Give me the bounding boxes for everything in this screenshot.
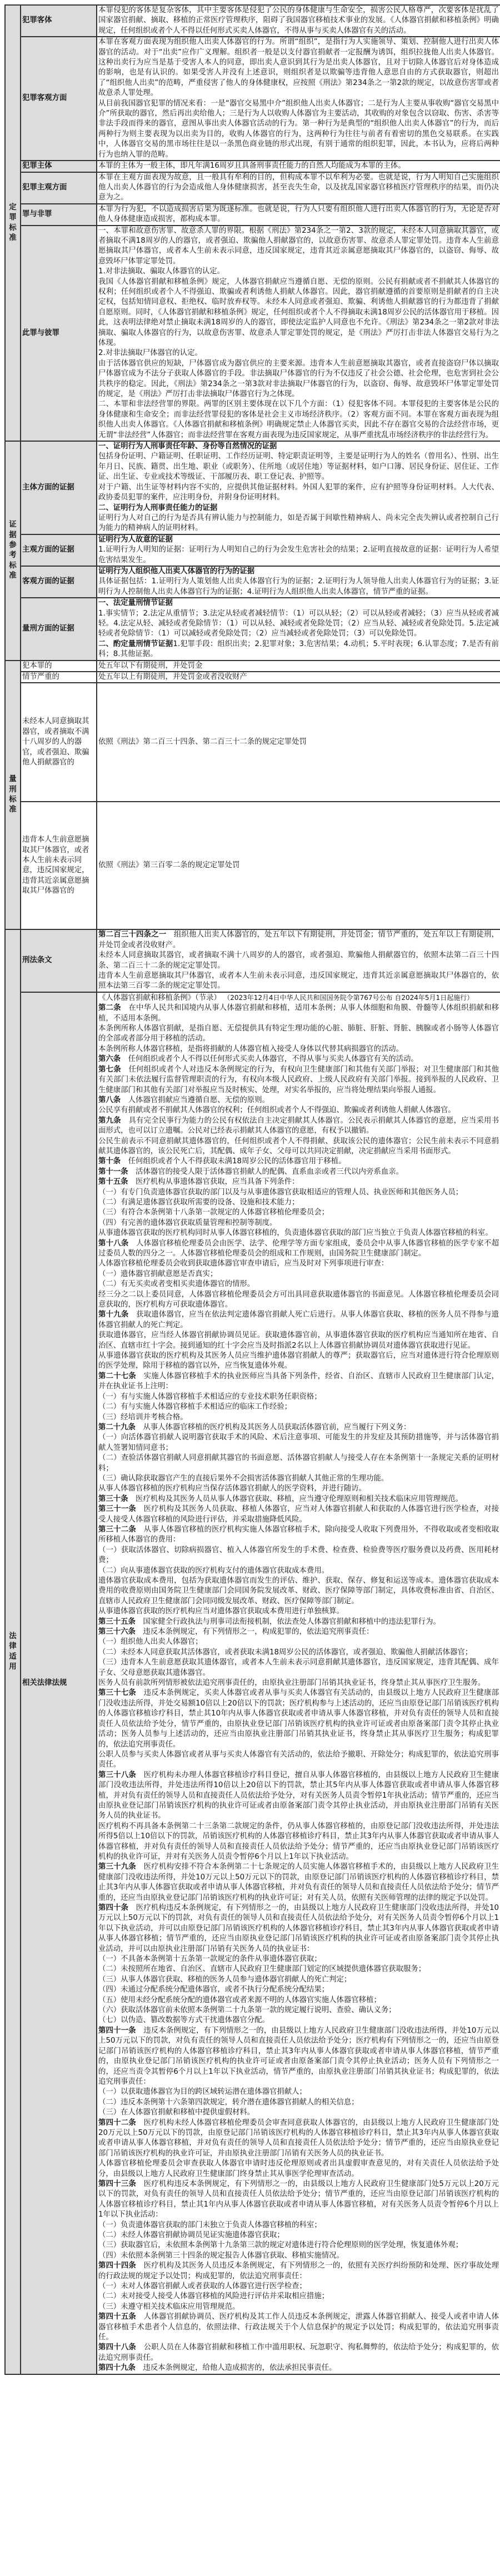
- regulation-item: 第十九条 获取遗体器官，应当在依法判定遗体器官捐献人死亡后进行。从事人体器官获取…: [98, 1310, 499, 1330]
- article-text: 医务人员有前款所列情形被依法追究刑事责任的，由原执业注册部门吊销其执业证书，终身…: [98, 1679, 485, 1687]
- article-number: 第四十九条: [98, 2364, 136, 2372]
- regulation-item: 第四十八条 公职人员在人体器官捐献和移植工作中滥用职权、玩忽职守、徇私舞弊的，依…: [98, 2343, 499, 2363]
- article-text: 从事遗体器官获取的医疗机构及其医务人员应当维护遗体器官捐献人的尊严；获取器官后，…: [98, 1352, 499, 1370]
- content-related-regulations: 《人体器官捐献和移植条例》（节录） （2023年12月4日中华人民共和国国务院令…: [97, 992, 500, 2374]
- article-number: 第七条: [98, 1066, 121, 1074]
- article-text: （一）组织他人出卖人体器官；: [98, 1638, 202, 1646]
- content-sentencing-corpse-organ: 依照《刑法》第三百零二条的规定定罪处罚: [97, 802, 500, 929]
- article-number: 第三十五条: [98, 1618, 136, 1626]
- label-subjective-aspect: 犯罪主观方面: [21, 172, 97, 204]
- article-text: 任何组织或者个人不得以任何形式买卖人体器官，不得从事与买卖人体器官有关的活动。: [128, 1055, 418, 1063]
- row-crime-or-not: 罪与非罪 本罪为行为犯，不以造成损害后果为既遂标准。也就是说，行为人只要有组织他…: [5, 204, 500, 226]
- regulation-item: 第三十九条 医疗机构安排不符合本条例第二十七条规定的人员实施人体器官移植手术的，…: [98, 1862, 499, 1903]
- row-crime-object: 定罪标准 犯罪客体 本罪侵犯的客体是复杂客体，其中主要客体是侵犯了公民的身体健康…: [5, 5, 500, 37]
- regulation-item: （二）违反本条例第十六条第四款规定，转介潜在遗体器官捐献人的相关信息；: [98, 2098, 499, 2108]
- paragraph: 对于户籍、出生证等材料内容不实的，应提供其他证据材料。外国人犯罪的案件，应有护照…: [98, 483, 499, 503]
- article-number: 第四十二条: [98, 2119, 136, 2127]
- article-number: 第九条: [98, 1117, 121, 1125]
- article-number: 第十五条: [98, 1178, 128, 1186]
- article-text: （三）未遵守相关技术临床应用管理规范。: [98, 2303, 239, 2311]
- article-text: （七）以伪造、篡改数据等方式干扰遗体器官分配。: [98, 2016, 269, 2024]
- article-text: （一）以获取遗体器官为目的跨区域转运潜在遗体器官捐献人；: [98, 2088, 307, 2096]
- article-number: 第四十一条: [98, 2027, 136, 2035]
- regulation-item: 从事遗体器官获取的医疗机构应当对遗体器官获取成本费用进行单独核算。: [98, 1607, 499, 1617]
- regulation-item: 第六条 任何组织或者个人不得以任何形式买卖人体器官，不得从事与买卖人体器官有关的…: [98, 1054, 499, 1064]
- paragraph: 由于活体器官供应的短缺，尸体器官成为器官供应的主要来源。违背本人生前意愿摘取其器…: [98, 359, 499, 400]
- row-sentencing-basic: 量刑标准 犯本罪的 处五年以下有期徒刑，并处罚金: [5, 661, 500, 672]
- regulation-item: （三）未遵守相关技术临床应用管理规范。: [98, 2302, 499, 2312]
- regulation-item: （一）未对人体器官捐献人或者获取的人体器官进行医学检查；: [98, 2282, 499, 2292]
- article-text: 从事遗体器官获取的医疗机构同时从事人体器官移植的，负责遗体器官获取的部门应当独立…: [98, 1229, 493, 1237]
- row-crime-subject: 犯罪主体 本罪的主体为一般主体，即凡年满16周岁且具备刑事责任能力的自然人均能成…: [5, 161, 500, 172]
- article-text: 实施人体器官移植手术的执业医师应当具备下列条件，经省、自治区、直辖市人民政府卫生…: [98, 1372, 499, 1390]
- article-text: （一）负责遗体器官获取的部门未独立于负责人体器官移植的科室；: [98, 2221, 322, 2229]
- regulation-item: （一）不具备本条例第十五条第一款规定的条件从事遗体器官获取；: [98, 1954, 499, 1964]
- article-text: （二）有无买卖或者变相买卖遗体器官的情形。: [98, 1280, 254, 1288]
- regulation-item: 第十条 任何组织或者个人不得获取未满18周岁公民的活体器官用于移植。: [98, 1157, 499, 1167]
- content-sentencing-basic: 处五年以下有期徒刑，并处罚金: [97, 661, 500, 672]
- article-text: （三）违背本人生前意愿获取其遗体器官，或者本人生前未表示同意捐献其遗体器官，违反…: [98, 1658, 499, 1677]
- row-sentencing-organ-removal: 未经本人同意摘取其器官，或者摘取不满十八周岁的人的器官，或者强迫、欺骗他人捐献器…: [5, 683, 500, 802]
- paragraph: 二、本罪和非法经营罪的界限。两罪的区别主要体现在以下几个方面：（1）侵犯客体不同…: [98, 399, 499, 441]
- subheading: 证明行为人组织他人出卖人体器官的行为的证据: [98, 567, 499, 577]
- article-text: 公民享有捐献或者不捐献其人体器官的权利；任何组织或者个人不得强迫、欺骗或者利诱他…: [98, 1106, 456, 1114]
- row-this-crime-vs-other: 此罪与彼罪 一、本罪和故意伤害罪、故意杀人罪的界限。根据《刑法》第234条之一第…: [5, 226, 500, 442]
- content-subjective-aspect: 本罪在主观方面表现为故意，且一般具有牟利的目的，但构成本罪不以牟利为必要。也就是…: [97, 172, 500, 204]
- article-text: （二）未对接受人接受人体器官移植的风险进行评估并采取相应措施；: [98, 2292, 329, 2300]
- regulation-item: 第三十五条 国家健全行政执法与刑事司法衔接机制，依法查处人体器官捐献和移植中的违…: [98, 1617, 499, 1627]
- regulation-item: （七）以伪造、篡改数据等方式干扰遗体器官分配。: [98, 2015, 499, 2025]
- article-text: （三）确认除获取器官产生的直接后果外不会损害活体器官捐献人其他正常的生理功能。: [98, 1474, 388, 1483]
- article-text: 医疗机构不再具备本条例第二十三条第二款规定的条件，仍从事人体器官移植的，由原登记…: [98, 1822, 499, 1861]
- article-text: 国家健全行政执法与刑事司法衔接机制，依法查处人体器官捐献和移植中的违法犯罪行为。: [143, 1618, 441, 1626]
- row-evidence-subjective: 主观方面的证据 证明行为人故意的证据 1.证明行为人明知的证据：证明行为人明知自…: [5, 534, 500, 566]
- paragraph: 1.证明行为人明知的证据：证明行为人明知自己的行为会发生危害社会的结果；2.证明…: [98, 545, 499, 566]
- regulation-item: （一）负责遗体器官获取的部门未独立于负责人体器官移植的科室；: [98, 2220, 499, 2230]
- article-text: （二）向从事遗体器官获取的医疗机构支付的遗体器官获取成本费用。: [98, 1567, 329, 1575]
- article-text: 医疗机构及其医务人员从事人体器官获取、移植，应当遵守伦理原则和相关技术临床应用管…: [136, 1495, 463, 1503]
- regulation-item: （三）违背本人生前意愿获取其遗体器官，或者本人生前未表示同意捐献其遗体器官，违反…: [98, 1658, 499, 1678]
- article-text: 人体器官捐献协调员、医疗机构及其工作人员违反本条例规定，泄露人体器官捐献人、接受…: [98, 2313, 499, 2342]
- paragraph: 2.对非法摘取尸体器官的认定。: [98, 348, 499, 358]
- row-evidence-sentencing: 量刑方面的证据 一、法定量刑情节证据 1.事实情节；2.法定从重情节；3.法定从…: [5, 598, 500, 660]
- article-text: 违反本条例规定，买卖人体器官或者从事与买卖人体器官有关活动的，由县级以上地方人民…: [98, 1689, 499, 1748]
- label-objective-aspect: 犯罪客观方面: [21, 37, 97, 161]
- label-evidence-objective: 客观方面的证据: [21, 566, 97, 598]
- regulation-item: （二）有满足遗体器官获取所需要的设备、设施和技术能力；: [98, 1198, 499, 1208]
- article-text: 本条例所称人体器官捐献，是指自愿、无偿提供具有特定生理功能的心脏、肺脏、肝脏、肾…: [98, 1024, 499, 1043]
- article-text: 医疗机构违反本条例规定，有下列情形之一的，由县级以上地方人民政府卫生健康部门处5…: [98, 2180, 499, 2219]
- article-text: 医疗机构安排不符合本条例第二十七条规定的人员实施人体器官移植手术的，由县级以上地…: [98, 1863, 499, 1902]
- article-number: 第三十条: [98, 1495, 128, 1503]
- article-number: 第四十五条: [98, 2313, 136, 2321]
- article-text: 人体器官移植伦理委员会收到获取遗体器官审查申请后，应当及时对下列事项进行审查：: [98, 1259, 388, 1268]
- regulation-item: 第四十四条 医疗机构及其医务人员违反本条例规定，有下列情形之一的，依照有关医疗纠…: [98, 2261, 499, 2282]
- article-text: 从事人体器官移植的医疗机构应当保存活体器官捐献人的医学资料，并进行随访。: [98, 1484, 366, 1493]
- article-text: 任何组织或者个人对违反本条例规定的行为，有权向卫生健康部门和其他有关部门举报；对…: [98, 1066, 499, 1094]
- article-text: 任何组织或者个人不得获取未满18周岁公民的活体器官用于移植。: [128, 1157, 346, 1166]
- regulation-item: （一）以获取遗体器官为目的跨区域转运潜在遗体器官捐献人；: [98, 2087, 499, 2097]
- article-text: （三）从事人体器官获取、移植的医务人员参与遗体器官捐献人的死亡判定；: [98, 1975, 351, 1984]
- article-text: （二）查验活体器官捐献人同意捐献其器官的书面意愿、活体器官捐献人与接受人存在本条…: [98, 1454, 499, 1472]
- article-text: （四）有完善的遗体器官获取质量管理和控制等制度。: [98, 1219, 277, 1227]
- regulation-item: 第四十条 医疗机构违反本条例规定，有下列情形之一的，由县级以上地方人民政府卫生健…: [98, 1903, 499, 1954]
- regulation-item: （二）有与实施人体器官移植手术相适应的临床工作经验；: [98, 1402, 499, 1412]
- regulation-item: （三）经培训并考核合格。: [98, 1413, 499, 1423]
- article-text: 从事遗体器官获取的医疗机构应当对遗体器官获取成本费用进行单独核算。: [98, 1607, 344, 1615]
- regulation-item: 第三十一条 医疗机构及其医务人员获取、移植人体器官，应当对人体器官捐献人和获取的…: [98, 1504, 499, 1525]
- regulation-item: 医疗机构不再具备本条例第二十三条第二款规定的条件，仍从事人体器官移植的，由原登记…: [98, 1822, 499, 1863]
- regulation-item: 公职人员参与买卖人体器官或者从事与买卖人体器官有关活动的，依法给予撤职、开除处分…: [98, 1750, 499, 1770]
- category-conviction-standard: 定罪标准: [5, 5, 21, 441]
- label-sentencing-serious: 情节严重的: [21, 672, 97, 683]
- category-sentencing-standard: 量刑标准: [5, 661, 21, 930]
- regulation-item: 获取遗体器官，应当经人体器官捐献协调员见证。获取遗体器官前，从事遗体器官获取的医…: [98, 1330, 499, 1351]
- article-text: 从事人体器官移植的医疗机构及其医务人员获取活体器官前，应当履行下列义务：: [143, 1423, 411, 1432]
- paragraph: 二、酌定量刑情节证据1.犯罪手段：组织出卖；2.犯罪对象；3.危害结果；4.动机…: [98, 639, 499, 660]
- regulation-item: （四）未依照本条例第三十四条的规定报告人体器官获取、移植实施情况。: [98, 2251, 499, 2261]
- label-sentencing-corpse-organ: 违背本人生前意愿摘取其尸体器官，或者本人生前未表示同意，违反国家规定，违背其近亲…: [21, 802, 97, 929]
- article-text: 获取遗体器官，应当在依法判定遗体器官捐献人死亡后进行。从事人体器官获取、移植的医…: [98, 1310, 499, 1329]
- label-crime-object: 犯罪客体: [21, 5, 97, 37]
- article-text: （一）有与实施人体器官移植手术相适应的专业技术职务任职资格；: [98, 1393, 322, 1401]
- article-number: 第六条: [98, 1055, 121, 1063]
- regulation-item: 从事遗体器官获取的医疗机构及其医务人员应当维护遗体器官捐献人的尊严；获取器官后，…: [98, 1351, 499, 1372]
- regulation-item: 第四十一条 违反本条例规定，有下列情形之一的，由县级以上地方人民政府卫生健康部门…: [98, 2026, 499, 2087]
- article-text: 违反本条例规定，给他人造成损害的，依法承担民事责任。: [143, 2364, 336, 2372]
- article-number: 第三十九条: [98, 1863, 136, 1871]
- regulation-item: （一）有专门负责遗体器官获取的部门以及与从事遗体器官获取相适应的管理人员、执业医…: [98, 1188, 499, 1198]
- article-number: 第十八条: [98, 1239, 128, 1248]
- regulation-item: （二）未经人体器官捐献协调员见证实施遗体器官获取；: [98, 2230, 499, 2240]
- content-crime-object: 本罪侵犯的客体是复杂客体，其中主要客体是侵犯了公民的身体健康与生命安全，损害公民…: [97, 5, 500, 37]
- content-sentencing-serious: 处五年以上有期徒刑，并处罚金或者没收财产: [97, 672, 500, 683]
- regulation-item: （一）获取活体器官、切除病损器官、植入人体器官所发生的手术费、检查费、检验费等医…: [98, 1545, 499, 1566]
- article-text: 活体器官的接受人限于活体器官捐献人的配偶、直系血亲或者三代以内旁系血亲。: [136, 1168, 403, 1176]
- article-text: （一）向活体器官捐献人说明器官获取手术的风险、术后注意事项、可能发生的并发症及其…: [98, 1433, 499, 1452]
- label-crime-subject: 犯罪主体: [21, 161, 97, 172]
- content-this-crime-vs-other: 一、本罪和故意伤害罪、故意杀人罪的界限。根据《刑法》第234条之一第2、3款的规…: [97, 226, 500, 442]
- article-number: 第十条: [98, 1157, 121, 1166]
- regulation-item: （二）向从事遗体器官获取的医疗机构支付的遗体器官获取成本费用。: [98, 1566, 499, 1576]
- article-text: （六）获取活体器官前未依照本条例第二十九条第一款的规定履行说明、查验、确认义务；: [98, 2006, 396, 2014]
- article-number: 第四十条: [98, 1904, 128, 1912]
- row-evidence-subject: 证据参考标准 主体方面的证据 一、证明行为人刑事责任年龄、身份等自然情况的证据 …: [5, 441, 500, 534]
- regulation-item: 从事遗体器官获取的医疗机构同时从事人体器官移植的，负责遗体器官获取的部门应当独立…: [98, 1228, 499, 1238]
- article-number: 第三十一条: [98, 1505, 136, 1513]
- row-objective-aspect: 犯罪客观方面 本罪在客观方面表现为组织他人出卖人体器官的行为。所谓“组织”，是指…: [5, 37, 500, 161]
- article-number: 第三十二条: [98, 1525, 136, 1534]
- article-number: 第三十七条: [98, 1689, 136, 1697]
- article-number: 第十九条: [98, 1310, 128, 1319]
- article-text: （四）未通过分配系统分配遗体器官，或者不执行分配系统分配结果；: [98, 1985, 329, 1994]
- article-text: 公职人员参与买卖人体器官或者从事与买卖人体器官有关活动的，依法给予撤职、开除处分…: [98, 1750, 499, 1769]
- regulation-item: 第二十七条 实施人体器官移植手术的执业医师应当具备下列条件，经省、自治区、直辖市…: [98, 1372, 499, 1392]
- regulation-item: 第四十二条 医疗机构未经人体器官移植伦理委员会审查同意获取人体器官的，由县级以上…: [98, 2118, 499, 2159]
- content-evidence-sentencing: 一、法定量刑情节证据 1.事实情节；2.法定从重情节；3.法定从轻或者减轻情节：…: [97, 598, 500, 660]
- article-number: 第三十六条: [98, 1628, 136, 1636]
- paragraph: 我国《人体器官捐献和移植条例》规定，人体器官捐献应当遵循自愿、无偿的原则。公民有…: [98, 277, 499, 349]
- regulation-item: 经三分之二以上委员同意，人体器官移植伦理委员会方可出具同意获取遗体器官的书面意见…: [98, 1290, 499, 1310]
- article-text: （一）未对人体器官捐献人或者获取的人体器官进行医学检查；: [98, 2282, 307, 2290]
- regulation-item: （三）确认除获取器官产生的直接后果外不会损害活体器官捐献人其他正常的生理功能。: [98, 1474, 499, 1484]
- label-sentencing-organ-removal: 未经本人同意摘取其器官，或者摘取不满十八周岁的人的器官，或者强迫、欺骗他人捐献器…: [21, 683, 97, 802]
- regulation-item: 第十八条 人体器官移植伦理委员会由医学、法学、伦理学等方面专家组成，委员会中从事…: [98, 1239, 499, 1259]
- regulation-item: （三）从事人体器官获取、移植的医务人员参与遗体器官捐献人的死亡判定；: [98, 1975, 499, 1985]
- regulation-item: （二）查验活体器官捐献人同意捐献其器官的书面意愿、活体器官捐献人与接受人存在本条…: [98, 1453, 499, 1474]
- article-text: （一）不具备本条例第十五条第一款规定的条件从事遗体器官获取；: [98, 1955, 322, 1963]
- regulation-title-text: 《人体器官捐献和移植条例》（节录）: [98, 994, 221, 1002]
- regulation-item: 公民生前表示不同意捐献其遗体器官的，任何组织或者个人不得捐献、获取该公民的遗体器…: [98, 1137, 499, 1157]
- article-text: 医疗机构从事遗体器官获取，应当具备下列条件：: [136, 1178, 299, 1186]
- article-number: 第二条: [98, 1004, 121, 1012]
- regulation-item: 第三十二条 从事人体器官移植的医疗机构实施人体器官移植手术，除向接受人收取下列费…: [98, 1525, 499, 1545]
- article-text: （二）违反本条例第十六条第四款规定，转介潜在遗体器官捐献人的相关信息；: [98, 2098, 359, 2107]
- crime-reference-table: 定罪标准 犯罪客体 本罪侵犯的客体是复杂客体，其中主要客体是侵犯了公民的身体健康…: [4, 4, 500, 2375]
- article-text: 医疗机构未办理人体器官移植诊疗科目登记，擅自从事人体器官移植的，由县级以上地方人…: [98, 1771, 499, 1820]
- regulation-item: （二）未经本人同意获取其活体器官，或者获取未满18周岁公民的活体器官，或者强迫、…: [98, 1648, 499, 1658]
- paragraph: 1.对非法摘取、骗取人体器官的认定。: [98, 267, 499, 277]
- article-number: 第三十八条: [98, 1771, 136, 1779]
- paragraph: 第二百三十四条之一 组织他人出卖人体器官的，处五年以下有期徒刑，并处罚金；情节严…: [98, 930, 499, 951]
- regulation-item: （三）有符合本条例第十八条第一款规定的人体器官移植伦理委员会；: [98, 1208, 499, 1218]
- article-text: （五）使用未经分配系统分配的遗体器官或者来源不明的人体器官实施人体器官移植；: [98, 1996, 381, 2004]
- label-criminal-law-article: 刑法条文: [21, 929, 97, 992]
- subheading: 二、酌定量刑情节证据: [98, 640, 173, 648]
- content-evidence-objective: 证明行为人组织他人出卖人体器官的行为的证据 具体证据包括：1.证明行为人策划他人…: [97, 566, 500, 598]
- regulation-item: （二）未对接受人接受人体器官移植的风险进行评估并采取相应措施；: [98, 2292, 499, 2302]
- label-evidence-subjective: 主观方面的证据: [21, 534, 97, 566]
- category-law-application: 法律适用: [5, 929, 21, 2374]
- row-subjective-aspect: 犯罪主观方面 本罪在主观方面表现为故意，且一般具有牟利的目的，但构成本罪不以牟利…: [5, 172, 500, 204]
- label-evidence-subject: 主体方面的证据: [21, 441, 97, 534]
- content-evidence-subjective: 证明行为人故意的证据 1.证明行为人明知的证据：证明行为人明知自己的行为会发生危…: [97, 534, 500, 566]
- article-text: 医疗机构及其医务人员违反本条例规定，有下列情形之一的，依照有关医疗纠纷预防和处理…: [98, 2262, 499, 2280]
- article-text: 公职人员在人体器官捐献和移植工作中滥用职权、玩忽职守、徇私舞弊的，依法给予处分；…: [98, 2343, 499, 2362]
- row-related-regulations: 相关法律法规 《人体器官捐献和移植条例》（节录） （2023年12月4日中华人民…: [5, 992, 500, 2374]
- regulation-item: （四）未通过分配系统分配遗体器官，或者不执行分配系统分配结果；: [98, 1985, 499, 1995]
- regulation-item: （二）有无买卖或者变相买卖遗体器官的情形。: [98, 1279, 499, 1289]
- paragraph: 包括身份证明、户籍证明、任职证明、工作经历证明、特定职责证明等，主要是证明行为人…: [98, 452, 499, 482]
- paragraph: 未经本人同意摘取其器官，或者摘取不满十八周岁的人的器官，或者强迫、欺骗他人捐献器…: [98, 951, 499, 971]
- article-text: （二）有满足遗体器官获取所需要的设备、设施和技术能力；: [98, 1198, 299, 1207]
- regulation-item: 第八条 人体器官捐献应当遵循自愿、无偿的原则。: [98, 1096, 499, 1106]
- regulation-item: 第四十五条 人体器官捐献协调员、医疗机构及其工作人员违反本条例规定，泄露人体器官…: [98, 2312, 499, 2343]
- label-evidence-sentencing: 量刑方面的证据: [21, 598, 97, 660]
- article-text: 从事人体器官移植的医疗机构实施人体器官移植手术，除向接受人收取下列费用外，不得收…: [98, 1525, 499, 1544]
- regulation-item: 从事人体器官移植的医疗机构应当保存活体器官捐献人的医学资料，并进行随访。: [98, 1484, 499, 1494]
- article-number: 第二百三十四条之一: [98, 931, 167, 939]
- regulation-item: 第十一条 活体器官的接受人限于活体器官捐献人的配偶、直系血亲或者三代以内旁系血亲…: [98, 1167, 499, 1177]
- article-text: （三）在人体器官捐献和移植中提供虚假材料。: [98, 2108, 254, 2117]
- article-number: 第二十七条: [98, 1372, 136, 1380]
- content-sentencing-organ-removal: 依照《刑法》第二百三十四条、第二百三十二条的规定定罪处罚: [97, 683, 500, 802]
- regulation-item: 人体器官移植伦理委员会审查获取人体器官申请时违反伦理原则或者出具虚假审查意见的，…: [98, 2159, 499, 2179]
- article-text: 医疗机构违反本条例规定，有下列情形之一的，由县级以上地方人民政府卫生健康部门没收…: [98, 1904, 499, 1953]
- regulation-item: （一）遗体器官捐献意愿是否真实；: [98, 1269, 499, 1279]
- label-sentencing-basic: 犯本罪的: [21, 661, 97, 672]
- article-text: 本条例所称人体器官移植，是指将捐献的人体器官植入接受人身体以代替其病损器官的活动…: [98, 1045, 403, 1053]
- article-text: （二）未按照所在地省、自治区、直辖市人民政府卫生健康部门划定的区域提供遗体器官获…: [98, 1965, 426, 1973]
- label-related-regulations: 相关法律法规: [21, 992, 97, 2374]
- article-text: （二）未经人体器官捐献协调员见证实施遗体器官获取；: [98, 2231, 284, 2239]
- article-text: （三）获取器官后，未依照本条例第十九条第三款的规定对遗体进行符合伦理原则的医学处…: [98, 2241, 463, 2249]
- regulation-item: 医务人员有前款所列情形被依法追究刑事责任的，由原执业注册部门吊销其执业证书，终身…: [98, 1678, 499, 1688]
- article-text: 具有完全民事行为能力的公民有权依法自主决定捐献其人体器官。公民表示捐献其人体器官…: [98, 1117, 499, 1135]
- row-evidence-objective: 客观方面的证据 证明行为人组织他人出卖人体器官的行为的证据 具体证据包括：1.证…: [5, 566, 500, 598]
- regulation-item: （一）有与实施人体器官移植手术相适应的专业技术职务任职资格；: [98, 1392, 499, 1402]
- regulation-item: 遗体器官获取成本费用，包括为获取遗体器官而发生的评估、维护、获取、保存、修复和运…: [98, 1576, 499, 1607]
- category-evidence-standard: 证据参考标准: [5, 441, 21, 661]
- article-text: 违反本条例规定，有下列情形之一的，由县级以上地方人民政府卫生健康部门没收违法所得…: [98, 2027, 499, 2086]
- content-crime-or-not: 本罪为行为犯，不以造成损害后果为既遂标准。也就是说，行为人只要有组织他人进行出卖…: [97, 204, 500, 226]
- regulation-title: 《人体器官捐献和移植条例》（节录） （2023年12月4日中华人民共和国国务院令…: [98, 993, 499, 1003]
- regulation-item: 第三十条 医疗机构及其医务人员从事人体器官获取、移植，应当遵守伦理原则和相关技术…: [98, 1494, 499, 1504]
- regulation-item: 第二十九条 从事人体器官移植的医疗机构及其医务人员获取活体器官前，应当履行下列义…: [98, 1423, 499, 1433]
- article-number: 第二十九条: [98, 1423, 136, 1432]
- label-crime-or-not: 罪与非罪: [21, 204, 97, 226]
- article-number: 第八条: [98, 1096, 121, 1104]
- paragraph: 一、本罪和故意伤害罪、故意杀人罪的界限。根据《刑法》第234条之一第2、3款的规…: [98, 226, 499, 267]
- regulation-item: 本条例所称人体器官移植，是指将捐献的人体器官植入接受人身体以代替其病损器官的活动…: [98, 1044, 499, 1054]
- paragraph: 从目前我国器官犯罪的情况来看：一是“器官交易黑中介”组织他人出卖人体器官；二是行…: [98, 99, 499, 160]
- article-text: （一）遗体器官捐献意愿是否真实；: [98, 1270, 217, 1278]
- article-text: 医疗机构及其医务人员获取、移植人体器官，应当对人体器官捐献人和获取的人体器官进行…: [98, 1505, 499, 1523]
- subheading: 一、法定量刑情节证据: [98, 598, 499, 608]
- regulation-item: （一）组织他人出卖人体器官；: [98, 1637, 499, 1647]
- paragraph: 证明行为人对自己的行为是否具有辨认能力与控制能力，如是否属于间歇性精神病人、尚未…: [98, 513, 499, 534]
- regulation-item: 第三十八条 医疗机构未办理人体器官移植诊疗科目登记，擅自从事人体器官移植的，由县…: [98, 1770, 499, 1822]
- paragraph: 本罪在客观方面表现为组织他人出卖人体器官的行为。所谓“组织”，是指行为人实施领导…: [98, 37, 499, 98]
- article-text: 违反本条例规定，有下列情形之一，构成犯罪的，依法追究刑事责任：: [143, 1628, 373, 1636]
- regulation-item: （三）在人体器官捐献和移植中提供虚假材料。: [98, 2108, 499, 2118]
- content-objective-aspect: 本罪在客观方面表现为组织他人出卖人体器官的行为。所谓“组织”，是指行为人实施领导…: [97, 37, 500, 161]
- regulation-item: 人体器官移植伦理委员会收到获取遗体器官审查申请后，应当及时对下列事项进行审查：: [98, 1259, 499, 1269]
- article-text: （二）有与实施人体器官移植手术相适应的临床工作经验；: [98, 1403, 292, 1411]
- regulation-item: 本条例所称人体器官捐献，是指自愿、无偿提供具有特定生理功能的心脏、肺脏、肝脏、肾…: [98, 1024, 499, 1044]
- content-crime-subject: 本罪的主体为一般主体，即凡年满16周岁且具备刑事责任能力的自然人均能成为本罪的主…: [97, 161, 500, 172]
- row-sentencing-serious: 情节严重的 处五年以上有期徒刑，并处罚金或者没收财产: [5, 672, 500, 683]
- subheading: 一、证明行为人刑事责任年龄、身份等自然情况的证据: [98, 442, 499, 452]
- article-text: （三）经培训并考核合格。: [98, 1413, 188, 1422]
- article-text: 人体器官移植伦理委员会由医学、法学、伦理学等方面专家组成，委员会中从事人体器官移…: [98, 1239, 499, 1258]
- row-sentencing-corpse-organ: 违背本人生前意愿摘取其尸体器官，或者本人生前未表示同意，违反国家规定，违背其近亲…: [5, 802, 500, 929]
- article-text: （四）未依照本条例第三十四条的规定报告人体器官获取、移植实施情况。: [98, 2252, 344, 2260]
- article-text: （三）有符合本条例第十八条第一款规定的人体器官移植伦理委员会；: [98, 1208, 329, 1217]
- article-text: 在中华人民共和国境内从事人体器官捐献和移植，适用本条例；从事人体细胞和角膜、骨髓…: [98, 1004, 499, 1022]
- regulation-item: 第十五条 医疗机构从事遗体器官获取，应当具备下列条件：: [98, 1177, 499, 1187]
- regulation-item: 第三十七条 违反本条例规定，买卖人体器官或者从事与买卖人体器官有关活动的，由县级…: [98, 1688, 499, 1749]
- regulation-item: （四）有完善的遗体器官获取质量管理和控制等制度。: [98, 1218, 499, 1228]
- row-criminal-law-article: 法律适用 刑法条文 第二百三十四条之一 组织他人出卖人体器官的，处五年以下有期徒…: [5, 929, 500, 992]
- regulation-item: 第九条 具有完全民事行为能力的公民有权依法自主决定捐献其人体器官。公民表示捐献其…: [98, 1116, 499, 1137]
- article-number: 第四十八条: [98, 2343, 136, 2352]
- regulation-item: 第四十九条 违反本条例规定，给他人造成损害的，依法承担民事责任。: [98, 2363, 499, 2373]
- regulation-item: （三）获取器官后，未依照本条例第十九条第三款的规定对遗体进行符合伦理原则的医学处…: [98, 2240, 499, 2250]
- regulation-item: 第七条 任何组织或者个人对违反本条例规定的行为，有权向卫生健康部门和其他有关部门…: [98, 1065, 499, 1096]
- regulation-item: （六）获取活体器官前未依照本条例第二十九条第一款的规定履行说明、查验、确认义务；: [98, 2005, 499, 2015]
- article-text: 公民生前表示不同意捐献其遗体器官的，任何组织或者个人不得捐献、获取该公民的遗体器…: [98, 1137, 499, 1156]
- regulation-item: 公民享有捐献或者不捐献其人体器官的权利；任何组织或者个人不得强迫、欺骗或者利诱他…: [98, 1106, 499, 1116]
- paragraph: 违背本人生前意愿摘取其尸体器官，或者本人生前未表示同意，违反国家规定，违背其近亲…: [98, 971, 499, 992]
- content-criminal-law-article: 第二百三十四条之一 组织他人出卖人体器官的，处五年以下有期徒刑，并处罚金；情节严…: [97, 929, 500, 992]
- article-text: （一）有专门负责遗体器官获取的部门以及与从事遗体器官获取相适应的管理人员、执业医…: [98, 1188, 463, 1197]
- subheading: 二、证明行为人刑事责任能力的证据: [98, 503, 499, 513]
- label-this-crime-vs-other: 此罪与彼罪: [21, 226, 97, 442]
- regulation-item: （二）未按照所在地省、自治区、直辖市人民政府卫生健康部门划定的区域提供遗体器官获…: [98, 1964, 499, 1974]
- regulation-item: 第二条 在中华人民共和国境内从事人体器官捐献和移植，适用本条例；从事人体细胞和角…: [98, 1003, 499, 1024]
- article-number: 第十一条: [98, 1168, 128, 1176]
- article-number: 第四十四条: [98, 2262, 136, 2270]
- paragraph: 具体证据包括：1.证明行为人策划他人出卖人体器官行为的证据；2.证明行为人领导他…: [98, 577, 499, 597]
- article-text: （一）获取活体器官、切除病损器官、植入人体器官所发生的手术费、检查费、检验费等医…: [98, 1546, 499, 1564]
- article-text: （二）未经本人同意获取其活体器官，或者获取未满18周岁公民的活体器官，或者强迫、…: [98, 1648, 472, 1657]
- regulation-item: （五）使用未经分配系统分配的遗体器官或者来源不明的人体器官实施人体器官移植；: [98, 1995, 499, 2005]
- paragraph: 1.事实情节；2.法定从重情节；3.法定从轻或者减轻情节：（1）可以从轻；（2）…: [98, 609, 499, 639]
- subheading: 证明行为人故意的证据: [98, 535, 499, 545]
- article-text: 获取遗体器官，应当经人体器官捐献协调员见证。获取遗体器官前，从事遗体器官获取的医…: [98, 1331, 499, 1349]
- article-text: 人体器官移植伦理委员会审查获取人体器官申请时违反伦理原则或者出具虚假审查意见的，…: [98, 2159, 499, 2178]
- regulation-item: 第四十三条 医疗机构违反本条例规定，有下列情形之一的，由县级以上地方人民政府卫生…: [98, 2179, 499, 2220]
- article-text: 人体器官捐献应当遵循自愿、无偿的原则。: [128, 1096, 269, 1104]
- article-number: 第四十三条: [98, 2180, 136, 2188]
- regulation-item: 第三十六条 违反本条例规定，有下列情形之一，构成犯罪的，依法追究刑事责任：: [98, 1627, 499, 1637]
- article-text: 遗体器官获取成本费用，包括为获取遗体器官而发生的评估、维护、获取、保存、修复和运…: [98, 1577, 499, 1605]
- regulation-item: （一）向活体器官捐献人说明器官获取手术的风险、术后注意事项、可能发生的并发症及其…: [98, 1433, 499, 1453]
- content-evidence-subject: 一、证明行为人刑事责任年龄、身份等自然情况的证据 包括身份证明、户籍证明、任职证…: [97, 441, 500, 534]
- article-text: 医疗机构未经人体器官移植伦理委员会审查同意获取人体器官的，由县级以上地方人民政府…: [98, 2119, 499, 2158]
- regulation-note: （2023年12月4日中华人民共和国国务院令第767号公布 自2024年5月1日…: [223, 994, 473, 1002]
- article-text: 经三分之二以上委员同意，人体器官移植伦理委员会方可出具同意获取遗体器官的书面意见…: [98, 1290, 499, 1309]
